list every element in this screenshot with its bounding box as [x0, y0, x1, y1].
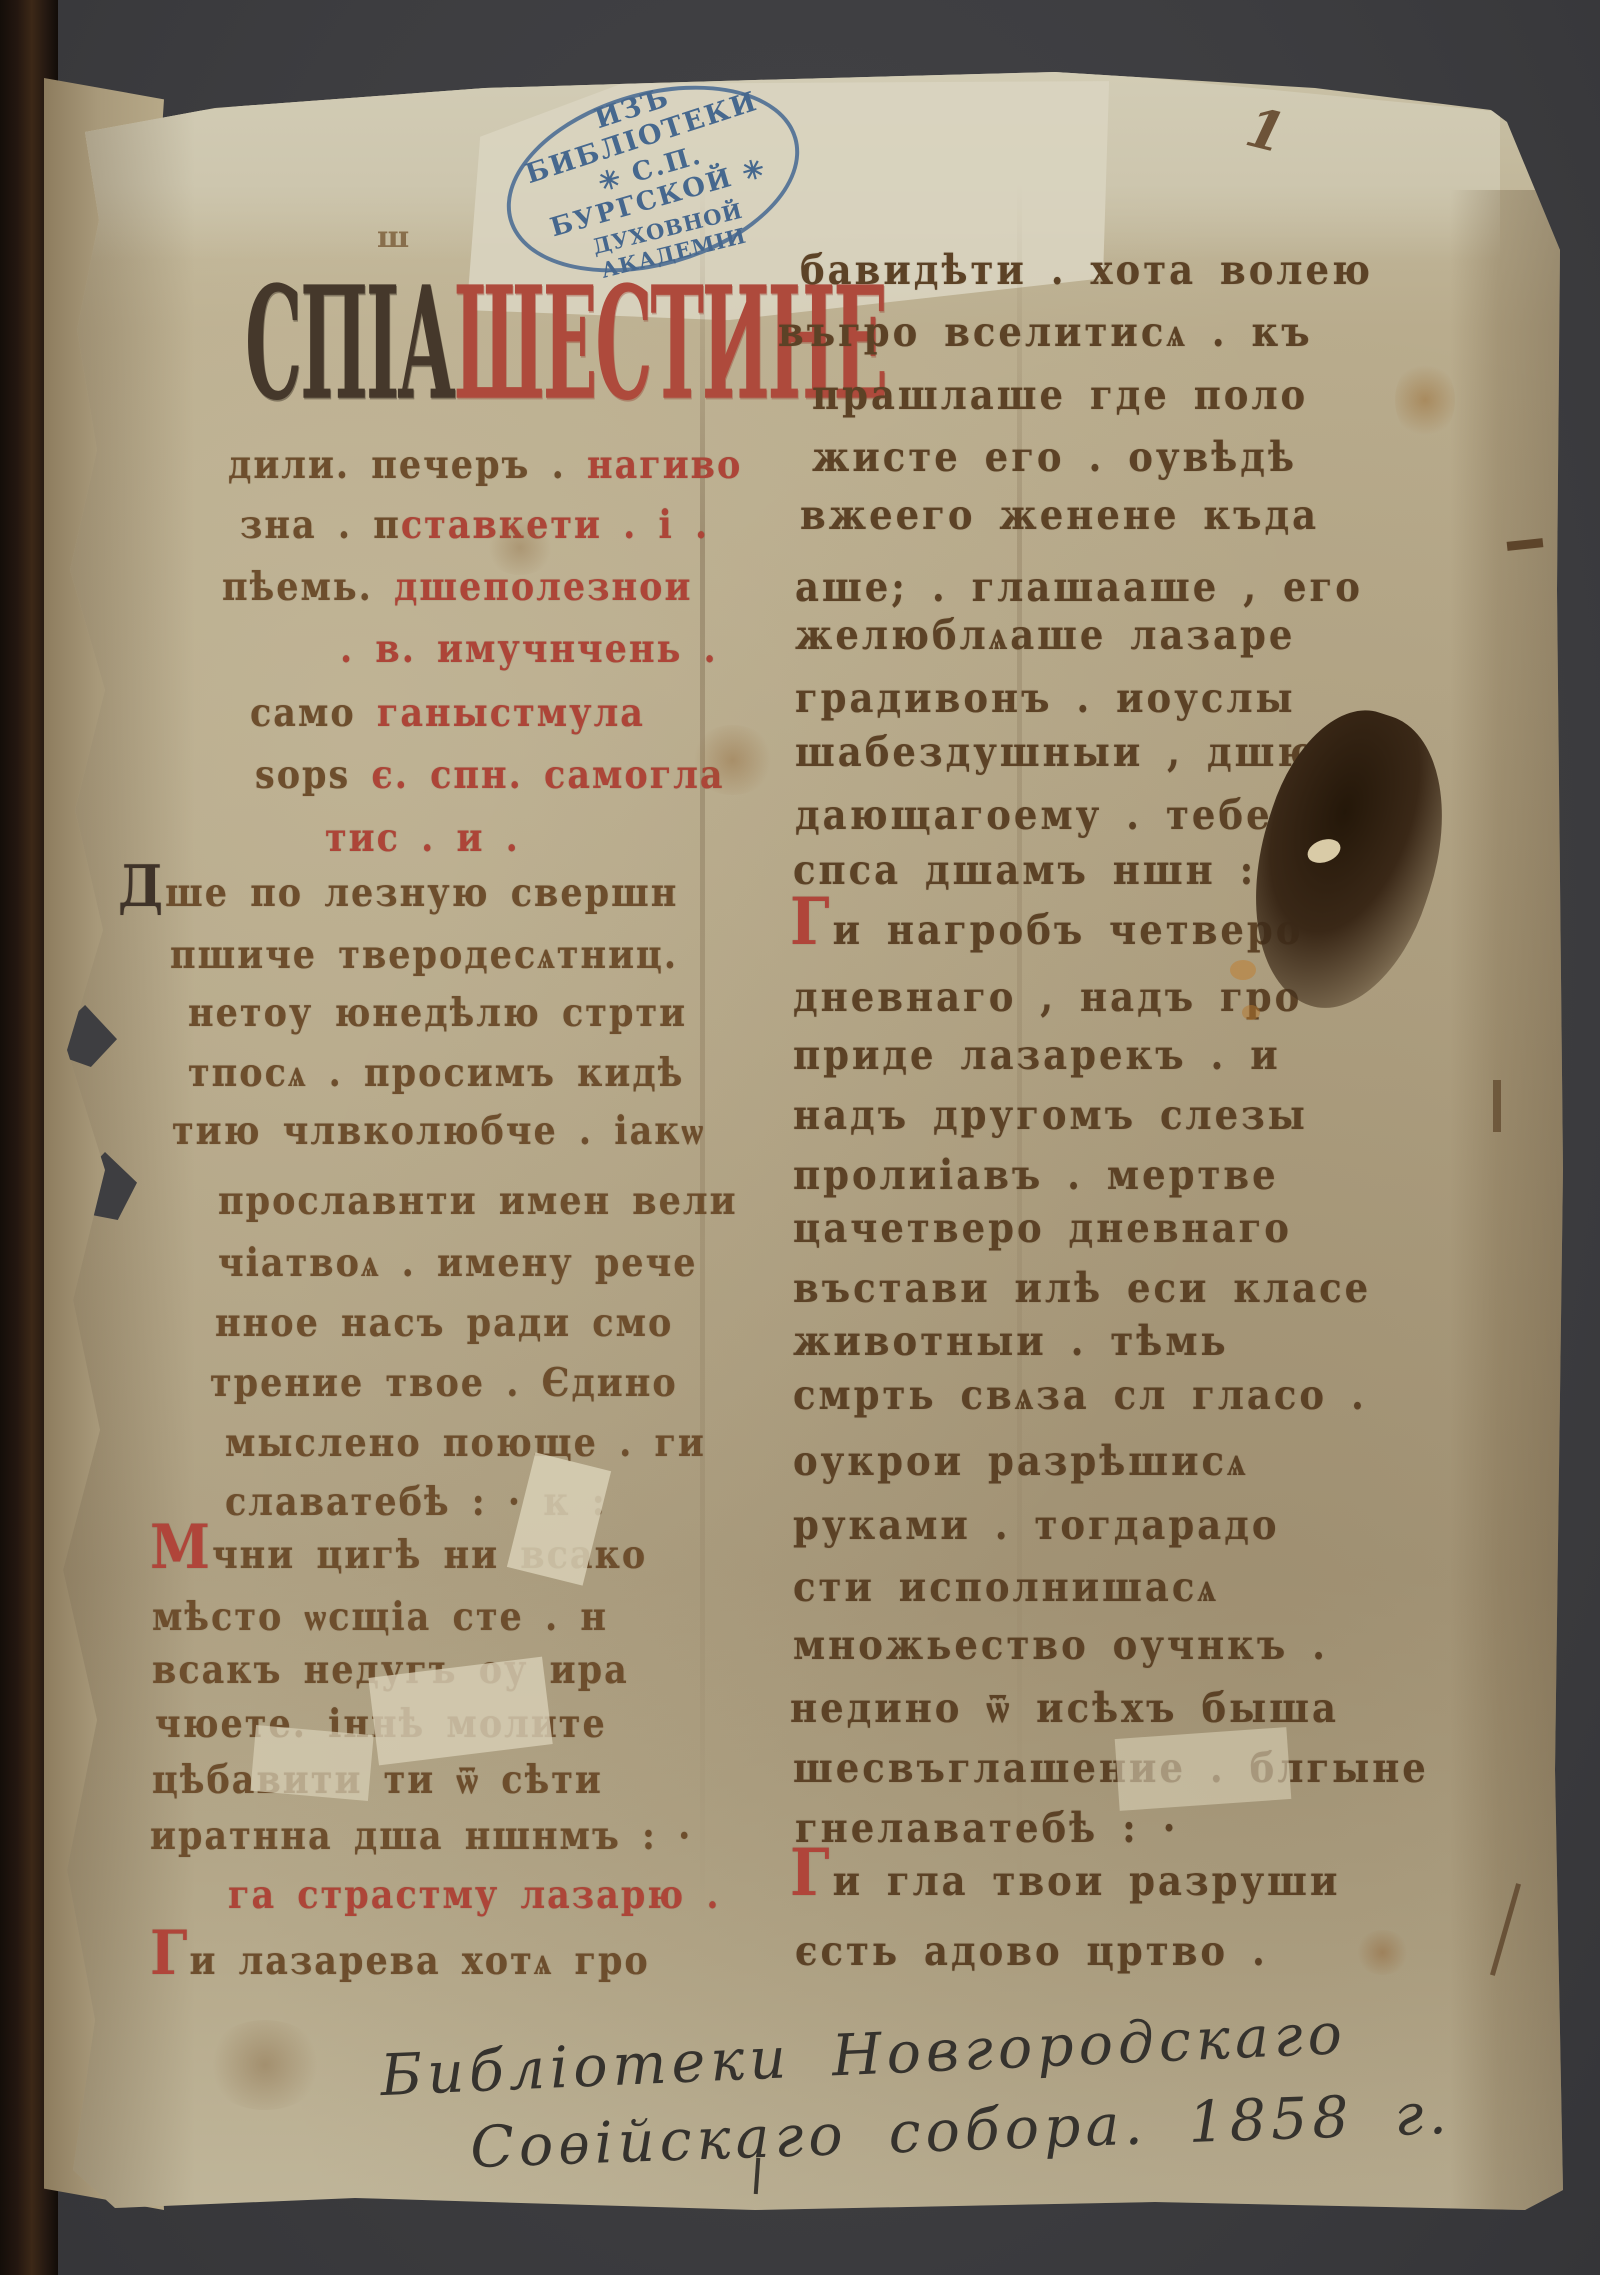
text-line: недино ѿ исѣхъ быша: [790, 1683, 1339, 1733]
text-segment: тпосѧ . просимъ кидѣ: [188, 1050, 684, 1096]
text-segment: пшиче тверодесѧтниц.: [170, 932, 678, 978]
text-segment: га страстму лазарю .: [228, 1872, 721, 1918]
text-line: Дше по лезную свершн: [118, 870, 678, 916]
text-line: тпосѧ . просимъ кидѣ: [188, 1050, 684, 1096]
round-stain: [205, 2020, 325, 2110]
text-line: градивонъ . иоуслы: [795, 673, 1296, 722]
text-line: тию члвколюбче . іакѡ: [172, 1108, 705, 1154]
text-segment: Г: [790, 1835, 833, 1911]
text-segment: нное насъ ради смо: [215, 1300, 673, 1346]
text-line: . в. имучнчень .: [340, 626, 718, 672]
text-segment: дшеполезнои: [394, 564, 692, 610]
text-line: приде лазарекъ . и: [793, 1030, 1281, 1079]
text-line: въгро вселитисѧ . къ: [778, 307, 1313, 357]
text-segment: вжеего женене къда: [800, 490, 1319, 539]
text-segment: и нагробъ четверо: [833, 905, 1304, 954]
text-segment: сти исполнишасѧ: [793, 1562, 1219, 1611]
text-segment: смрть свѧза сл гласо .: [793, 1370, 1367, 1419]
text-segment: въстави илѣ еси класе: [793, 1263, 1371, 1312]
text-line: оукрои разрѣшисѧ: [793, 1436, 1249, 1486]
text-line: єсть адово цртво .: [795, 1926, 1268, 1975]
text-line: аше; . глашааше , его: [795, 562, 1363, 611]
pen-trial-mark: ш: [377, 220, 409, 255]
text-segment: животныи . тѣмь: [793, 1316, 1229, 1365]
text-segment: чіатвоѧ . имену рече: [218, 1240, 697, 1286]
text-segment: въгро вселитисѧ . къ: [778, 307, 1313, 356]
round-stain: [1395, 360, 1455, 440]
text-line: бавидѣти . хота волею: [800, 245, 1373, 294]
text-segment: цѣбавити ти ѿ сѣти: [152, 1757, 603, 1803]
text-segment: тис . и .: [325, 815, 520, 861]
text-line: множьество оучнкъ .: [793, 1620, 1328, 1669]
text-line: мыслено поюще . ги: [225, 1420, 706, 1466]
text-segment: М: [150, 1511, 212, 1583]
text-segment: руками . тогдарадо: [793, 1500, 1280, 1549]
manuscript-photo: ИЗЪ БИБЛІОТЕКИ ✳ С.П. БУРГСКОЙ ✳ ДУХОВНО…: [0, 0, 1600, 2275]
text-segment: градивонъ . иоуслы: [795, 673, 1296, 722]
text-segment: пролиіавъ . мертве: [793, 1150, 1279, 1199]
text-line: дили. печеръ . нагиво: [228, 442, 742, 488]
text-line: животныи . тѣмь: [793, 1316, 1229, 1365]
text-segment: зна . п: [240, 502, 401, 548]
text-segment: прашлаше где поло: [812, 370, 1308, 419]
text-line: пѣемь. дшеполезнои: [222, 564, 692, 610]
text-segment: бавидѣти . хота волею: [800, 245, 1373, 294]
text-segment: ше по лезную свершн: [165, 870, 678, 916]
text-line: пшиче тверодесѧтниц.: [170, 932, 678, 978]
text-segment: ганыстмула: [356, 690, 645, 736]
text-line: шесвъглашение . блгыне: [793, 1743, 1429, 1792]
text-segment: мыслено поюще . ги: [225, 1420, 706, 1466]
text-segment: желюблѧаше лазаре: [795, 610, 1295, 659]
text-segment: дили. печеръ .: [228, 442, 587, 488]
text-segment: иратнна дша ншнмъ : ·: [150, 1813, 692, 1859]
text-segment: пѣемь.: [222, 564, 394, 610]
text-line: Ги нагробъ четверо: [790, 905, 1304, 954]
text-segment: Д: [118, 852, 165, 919]
text-segment: недино ѿ исѣхъ быша: [790, 1683, 1339, 1732]
paper-patch: [250, 1725, 373, 1801]
round-stain: [690, 725, 775, 795]
text-segment: шесвъглашение . блгыне: [793, 1743, 1429, 1792]
text-line: вжеего женене къда: [800, 490, 1319, 539]
text-line: дающагоему . тебе: [795, 790, 1273, 839]
text-segment: Г: [150, 1917, 189, 1989]
text-segment: приде лазарекъ . и: [793, 1030, 1281, 1079]
text-segment: шабездушныи , дшю: [795, 727, 1318, 776]
round-stain: [1355, 1930, 1410, 1975]
text-segment: аше; . глашааше , его: [795, 562, 1363, 611]
text-segment: и гла твои разруши: [833, 1856, 1341, 1905]
text-segment: оукрои разрѣшисѧ: [793, 1436, 1249, 1485]
text-line: Ги лазарева хотѧ гро: [150, 1938, 650, 1984]
text-line: нетоу юнедѣлю стрти: [188, 990, 687, 1036]
text-segment: дневнаго , надъ гро: [793, 972, 1302, 1021]
text-line: иратнна дша ншнмъ : ·: [150, 1813, 692, 1859]
text-line: пролиіавъ . мертве: [793, 1150, 1279, 1199]
text-line: цѣбавити ти ѿ сѣти: [152, 1757, 603, 1803]
text-line: желюблѧаше лазаре: [795, 610, 1295, 660]
text-line: тис . и .: [325, 815, 520, 861]
text-segment: трение твое . Єдино: [210, 1360, 678, 1406]
text-segment: нетоу юнедѣлю стрти: [188, 990, 687, 1036]
text-segment: є. спн. самогла: [350, 752, 724, 798]
text-line: зна . пставкети . і .: [240, 502, 709, 548]
text-segment: ставкети . і .: [401, 502, 709, 548]
text-segment: ѕорѕ: [255, 752, 350, 798]
text-line: нное насъ ради смо: [215, 1300, 673, 1346]
text-line: смрть свѧза сл гласо .: [793, 1370, 1367, 1420]
text-line: дневнаго , надъ гро: [793, 972, 1302, 1021]
text-segment: Г: [790, 884, 833, 960]
text-segment: надъ другомъ слезы: [793, 1090, 1308, 1139]
text-segment: мѣсто ѡсщіа сте . н: [152, 1594, 608, 1640]
text-line: мѣсто ѡсщіа сте . н: [152, 1594, 608, 1640]
text-line: чіатвоѧ . имену рече: [218, 1240, 697, 1286]
foxing-spot: [1242, 1005, 1260, 1020]
text-segment: само: [250, 690, 356, 736]
text-segment: жисте его . оувѣдѣ: [812, 432, 1297, 481]
text-line: шабездушныи , дшю: [795, 727, 1318, 776]
text-line: цачетверо дневнаго: [793, 1203, 1292, 1252]
text-line: спса дшамъ ншн : ·: [793, 845, 1296, 894]
round-stain: [485, 520, 555, 575]
text-segment: прославнти имен вели: [218, 1178, 738, 1224]
text-line: надъ другомъ слезы: [793, 1090, 1308, 1139]
text-line: ѕорѕ є. спн. самогла: [255, 752, 725, 798]
text-line: трение твое . Єдино: [210, 1360, 678, 1406]
text-line: прославнти имен вели: [218, 1178, 738, 1224]
text-segment: тию члвколюбче . іакѡ: [172, 1108, 705, 1154]
text-line: сти исполнишасѧ: [793, 1562, 1219, 1612]
edge-ink-mark: [1493, 1080, 1501, 1132]
text-segment: єсть адово цртво .: [795, 1926, 1268, 1975]
text-line: руками . тогдарадо: [793, 1500, 1280, 1549]
paper-patch: [1115, 1727, 1292, 1811]
text-line: Ги гла твои разруши: [790, 1856, 1340, 1905]
heading-dark-part: СПІА: [245, 252, 454, 435]
text-segment: и лазарева хотѧ гро: [189, 1938, 649, 1984]
text-line: прашлаше где поло: [812, 370, 1308, 419]
text-line: га страстму лазарю .: [228, 1872, 721, 1918]
text-segment: . в. имучнчень .: [340, 626, 718, 672]
foxing-spot: [1230, 960, 1256, 980]
text-segment: цачетверо дневнаго: [793, 1203, 1292, 1252]
text-segment: множьество оучнкъ .: [793, 1620, 1328, 1669]
text-line: само ганыстмула: [250, 690, 645, 736]
text-line: въстави илѣ еси класе: [793, 1263, 1371, 1312]
parchment-page: ИЗЪ БИБЛІОТЕКИ ✳ С.П. БУРГСКОЙ ✳ ДУХОВНО…: [55, 70, 1570, 2220]
text-line: жисте его . оувѣдѣ: [812, 432, 1297, 481]
text-segment: дающагоему . тебе: [795, 790, 1273, 839]
text-segment: нагиво: [587, 442, 742, 488]
text-segment: спса дшамъ ншн : ·: [793, 845, 1296, 894]
